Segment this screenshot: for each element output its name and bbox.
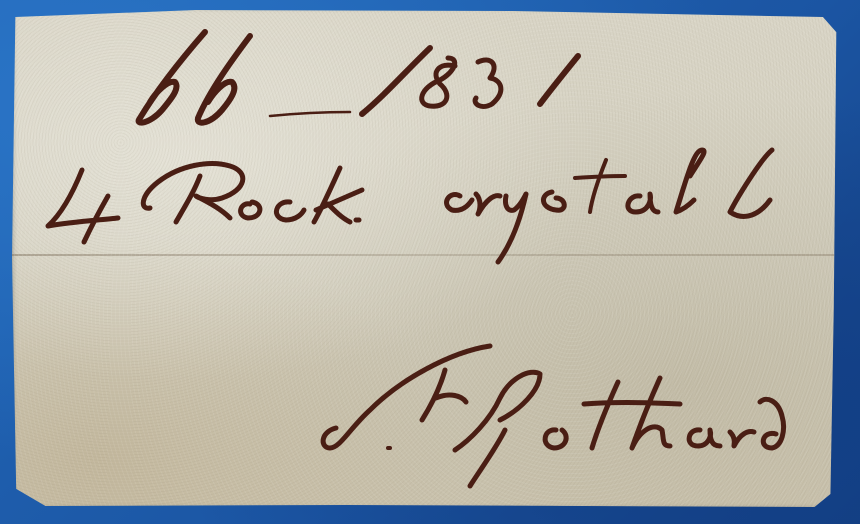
label-line-locality: St Gothard: [320, 370, 543, 416]
locality-strokes: [323, 346, 783, 486]
crystals-strokes: [447, 150, 772, 262]
label-line-catalog-year: 66 — 1831: [130, 40, 348, 86]
year-strokes: [362, 48, 578, 114]
label-line-description: 4 Rock crystals: [45, 150, 355, 196]
separator-dash: [270, 112, 350, 116]
handwriting: 66 — 1831 4 Rock crystals St Gothard: [0, 0, 860, 524]
handwriting-strokes: [0, 0, 860, 524]
